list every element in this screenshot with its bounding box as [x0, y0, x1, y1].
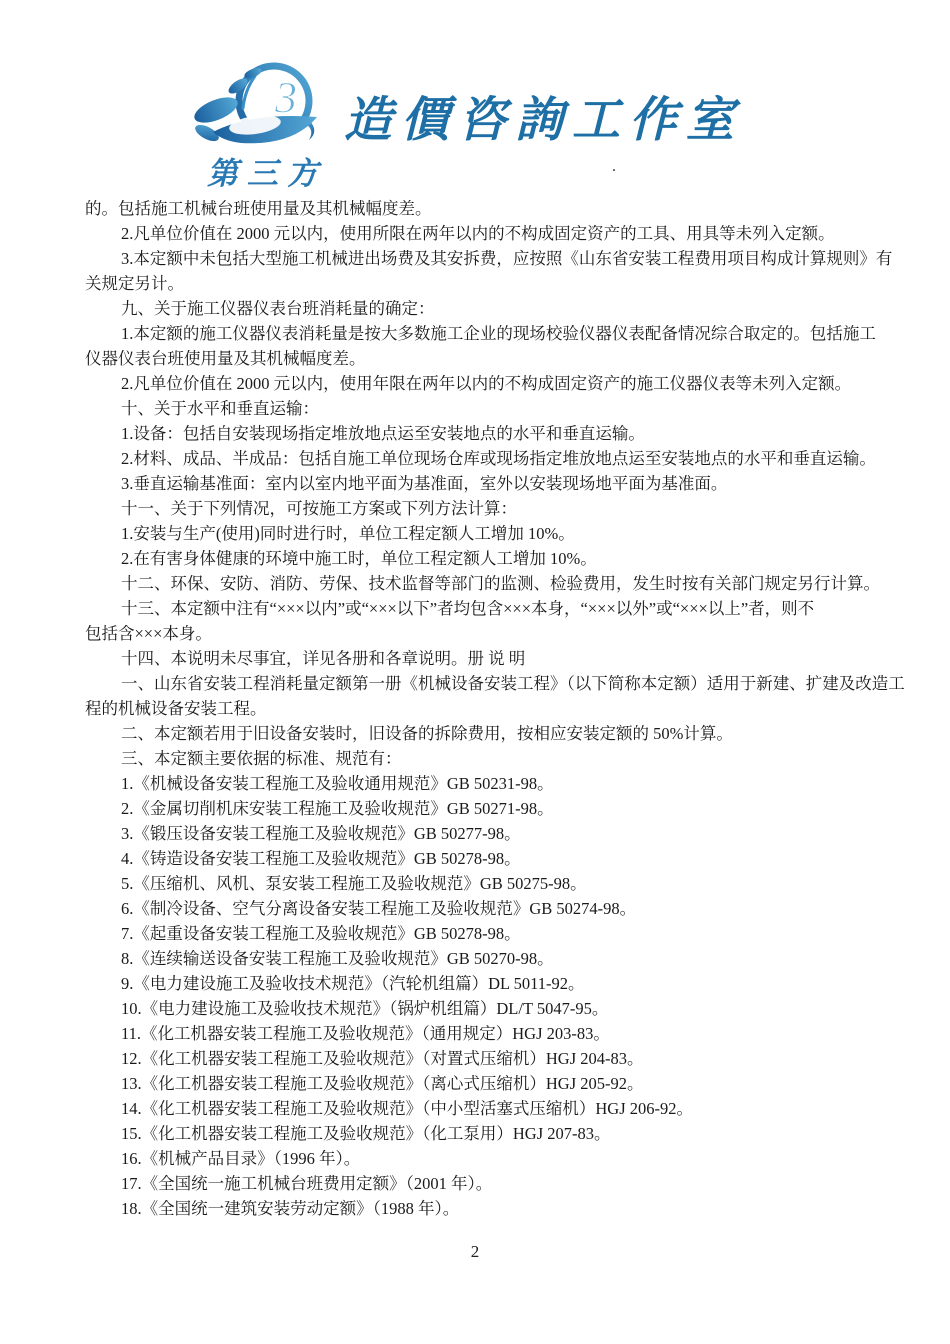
- text-line: 17.《全国统一施工机械台班费用定额》（2001 年）。: [85, 1171, 887, 1196]
- text-line: 十、关于水平和垂直运输：: [85, 396, 887, 421]
- text-line: 1.安装与生产(使用)同时进行时，单位工程定额人工增加 10%。: [85, 521, 887, 546]
- text-line: 包括含×××本身。: [85, 621, 887, 646]
- text-line: 16.《机械产品目录》（1996 年）。: [85, 1146, 887, 1171]
- text-line: 13.《化工机器安装工程施工及验收规范》（离心式压缩机）HGJ 205-92。: [85, 1071, 887, 1096]
- text-line: 的。包括施工机械台班使用量及其机械幅度差。: [85, 196, 887, 221]
- text-line: 15.《化工机器安装工程施工及验收规范》（化工泵用）HGJ 207-83。: [85, 1121, 887, 1146]
- text-line: 12.《化工机器安装工程施工及验收规范》（对置式压缩机）HGJ 204-83。: [85, 1046, 887, 1071]
- document-page: 3 第三方 造價咨詢工作室 . 的。包括施工机械台班使用量及其机械幅度差。2.凡…: [0, 0, 950, 1344]
- text-line: 十一、关于下列情况，可按施工方案或下列方法计算：: [85, 496, 887, 521]
- studio-title: 造價咨詢工作室: [344, 90, 743, 152]
- text-line: 18.《全国统一建筑安装劳动定额》（1988 年）。: [85, 1196, 887, 1221]
- text-line: 3.垂直运输基准面：室内以室内地平面为基准面，室外以安装现场地平面为基准面。: [85, 471, 887, 496]
- text-line: 2.凡单位价值在 2000 元以内，使用年限在两年以内的不构成固定资产的施工仪器…: [85, 371, 887, 396]
- text-line: 九、关于施工仪器仪表台班消耗量的确定：: [85, 296, 887, 321]
- text-line: 三、本定额主要依据的标准、规范有：: [85, 746, 887, 771]
- company-logo: 3 第三方: [193, 60, 341, 192]
- text-line: 2.《金属切削机床安装工程施工及验收规范》GB 50271-98。: [85, 796, 887, 821]
- text-line: 3.本定额中未包括大型施工机械进出场费及其安拆费，应按照《山东省安装工程费用项目…: [85, 246, 887, 271]
- text-line: 9.《电力建设施工及验收技术规范》（汽轮机组篇）DL 5011-92。: [85, 971, 887, 996]
- text-line: 一、山东省安装工程消耗量定额第一册《机械设备安装工程》（以下简称本定额）适用于新…: [85, 671, 887, 696]
- text-line: 关规定另计。: [85, 271, 887, 296]
- page-number: 2: [415, 1242, 535, 1262]
- text-line: 3.《锻压设备安装工程施工及验收规范》GB 50277-98。: [85, 821, 887, 846]
- text-line: 11.《化工机器安装工程施工及验收规范》（通用规定）HGJ 203-83。: [85, 1021, 887, 1046]
- text-line: 十二、环保、安防、消防、劳保、技术监督等部门的监测、检验费用，发生时按有关部门规…: [85, 571, 887, 596]
- text-line: 7.《起重设备安装工程施工及验收规范》GB 50278-98。: [85, 921, 887, 946]
- logo-number: 3: [274, 73, 297, 122]
- text-line: 2.凡单位价值在 2000 元以内，使用所限在两年以内的不构成固定资产的工具、用…: [85, 221, 887, 246]
- text-line: 5.《压缩机、风机、泵安装工程施工及验收规范》GB 50275-98。: [85, 871, 887, 896]
- text-line: 十四、本说明未尽事宜，详见各册和各章说明。册 说 明: [85, 646, 887, 671]
- text-line: 8.《连续输送设备安装工程施工及验收规范》GB 50270-98。: [85, 946, 887, 971]
- stray-dot: .: [612, 158, 616, 176]
- logo-badge-text: 第三方: [193, 148, 341, 193]
- document-body: 的。包括施工机械台班使用量及其机械幅度差。2.凡单位价值在 2000 元以内，使…: [85, 196, 887, 1221]
- text-line: 4.《铸造设备安装工程施工及验收规范》GB 50278-98。: [85, 846, 887, 871]
- text-line: 仪器仪表台班使用量及其机械幅度差。: [85, 346, 887, 371]
- text-line: 2.在有害身体健康的环境中施工时，单位工程定额人工增加 10%。: [85, 546, 887, 571]
- text-line: 程的机械设备安装工程。: [85, 696, 887, 721]
- text-line: 2.材料、成品、半成品：包括自施工单位现场仓库或现场指定堆放地点运至安装地点的水…: [85, 446, 887, 471]
- text-line: 1.《机械设备安装工程施工及验收通用规范》GB 50231-98。: [85, 771, 887, 796]
- text-line: 14.《化工机器安装工程施工及验收规范》（中小型活塞式压缩机）HGJ 206-9…: [85, 1096, 887, 1121]
- text-line: 1.设备：包括自安装现场指定堆放地点运至安装地点的水平和垂直运输。: [85, 421, 887, 446]
- logo-leaf-circle-icon: 3: [193, 60, 341, 152]
- text-line: 6.《制冷设备、空气分离设备安装工程施工及验收规范》GB 50274-98。: [85, 896, 887, 921]
- text-line: 十三、本定额中注有“×××以内”或“×××以下”者均包含×××本身，“×××以外…: [85, 596, 887, 621]
- text-line: 二、本定额若用于旧设备安装时，旧设备的拆除费用，按相应安装定额的 50%计算。: [85, 721, 887, 746]
- text-line: 1.本定额的施工仪器仪表消耗量是按大多数施工企业的现场校验仪器仪表配备情况综合取…: [85, 321, 887, 346]
- text-line: 10.《电力建设施工及验收技术规范》（锅炉机组篇）DL/T 5047-95。: [85, 996, 887, 1021]
